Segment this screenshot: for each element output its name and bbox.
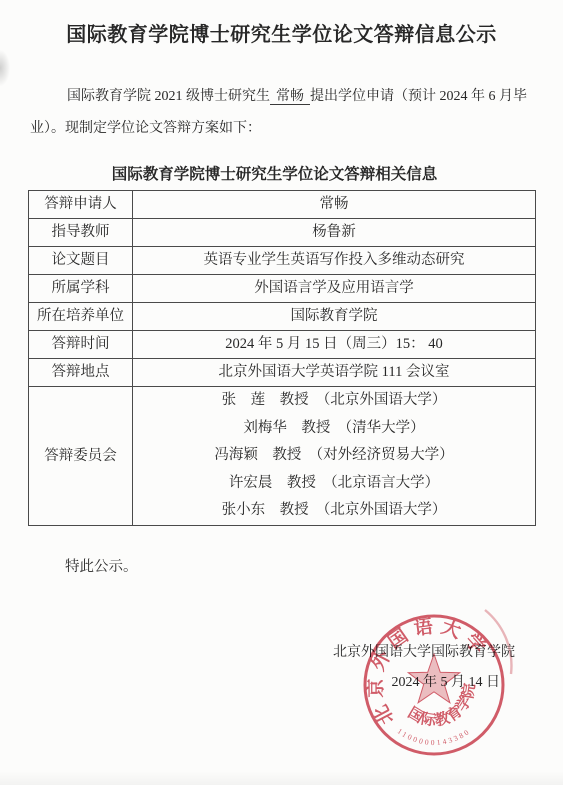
row-label: 论文题目 xyxy=(29,247,133,275)
table-row: 论文题目 英语专业学生英语写作投入多维动态研究 xyxy=(29,247,536,275)
committee-member-line: 许宏晨 教授 （北京语言大学） xyxy=(135,470,533,498)
row-label: 答辩时间 xyxy=(29,331,133,359)
row-value: 杨鲁新 xyxy=(133,219,536,247)
scan-shadow xyxy=(0,771,563,785)
intro-before-name: 国际教育学院 2021 级博士研究生 xyxy=(67,89,270,104)
committee-member-line: 张 莲 教授 （北京外国语大学） xyxy=(135,387,533,415)
row-value: 国际教育学院 xyxy=(133,303,536,331)
stamp-serial-number: 1100000143380 xyxy=(396,727,473,747)
intro-line-2: 业）。现制定学位论文答辩方案如下： xyxy=(30,118,540,140)
table-row: 答辩地点 北京外国语大学英语学院 111 会议室 xyxy=(29,359,536,387)
stamp-star-icon xyxy=(408,654,459,703)
committee-member-line: 刘梅华 教授 （清华大学） xyxy=(135,415,533,443)
committee-members: 张 莲 教授 （北京外国语大学） 刘梅华 教授 （清华大学） 冯海颖 教授 （对… xyxy=(133,387,536,526)
scan-smudge xyxy=(0,50,10,86)
row-label: 答辩申请人 xyxy=(29,191,133,219)
row-label: 指导教师 xyxy=(29,219,133,247)
table-row: 所属学科 外国语言学及应用语言学 xyxy=(29,275,536,303)
row-label: 所在培养单位 xyxy=(29,303,133,331)
intro-line-1: 国际教育学院 2021 级博士研究生常畅提出学位申请（预计 2024 年 6 月… xyxy=(30,86,540,108)
row-value: 英语专业学生英语写作投入多维动态研究 xyxy=(133,247,536,275)
table-row: 答辩时间 2024 年 5 月 15 日（周三）15： 40 xyxy=(29,331,536,359)
defense-info-table: 答辩申请人 常畅 指导教师 杨鲁新 论文题目 英语专业学生英语写作投入多维动态研… xyxy=(28,190,536,526)
table-row: 指导教师 杨鲁新 xyxy=(29,219,536,247)
page-title: 国际教育学院博士研究生学位论文答辩信息公示 xyxy=(0,18,563,47)
table-row: 答辩申请人 常畅 xyxy=(29,191,536,219)
table-title: 国际教育学院博士研究生学位论文答辩相关信息 xyxy=(0,162,549,184)
intro-after-name: 提出学位申请（预计 2024 年 6 月毕 xyxy=(310,89,527,104)
committee-member-line: 张小东 教授 （北京外国语大学） xyxy=(135,497,533,525)
row-value: 外国语言学及应用语言学 xyxy=(133,275,536,303)
official-stamp: 北京外国语大学 国际教育学院 1100000143380 xyxy=(349,600,519,770)
row-label: 答辩地点 xyxy=(29,359,133,387)
table-row: 所在培养单位 国际教育学院 xyxy=(29,303,536,331)
intro-paragraph: 国际教育学院 2021 级博士研究生常畅提出学位申请（预计 2024 年 6 月… xyxy=(30,86,540,140)
row-label: 答辩委员会 xyxy=(29,387,133,526)
closing-note: 特此公示。 xyxy=(65,555,138,576)
row-value: 常畅 xyxy=(133,191,536,219)
row-label: 所属学科 xyxy=(29,275,133,303)
student-name-underlined: 常畅 xyxy=(270,89,310,105)
notice-document: 国际教育学院博士研究生学位论文答辩信息公示 国际教育学院 2021 级博士研究生… xyxy=(0,0,563,785)
row-value: 2024 年 5 月 15 日（周三）15： 40 xyxy=(133,331,536,359)
committee-row: 答辩委员会 张 莲 教授 （北京外国语大学） 刘梅华 教授 （清华大学） 冯海颖… xyxy=(29,387,536,526)
committee-member-line: 冯海颖 教授 （对外经济贸易大学） xyxy=(135,442,533,470)
row-value: 北京外国语大学英语学院 111 会议室 xyxy=(133,359,536,387)
